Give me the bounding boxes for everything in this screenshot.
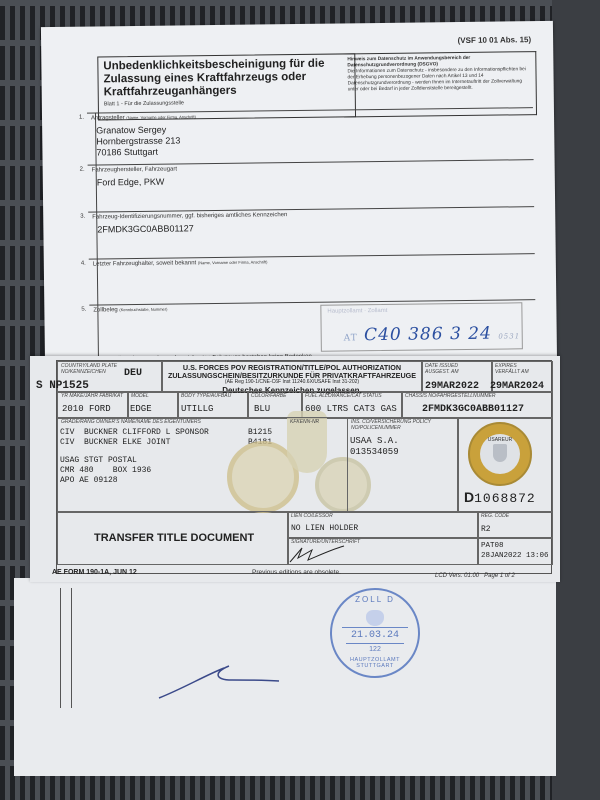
kennr-cell: KFKENN-NR [287,417,348,513]
customs-receipt-number: AT C40 386 3 24 0531 [344,323,521,345]
body-type: UTILLG [181,404,213,414]
sheet-label: Blatt 1 - Für die Zulassungsstelle [104,98,350,107]
transfer-title-label: TRANSFER TITLE DOCUMENT [94,532,254,544]
lien-cell: LIEN CO/LESSOR NO LIEN HOLDER [287,511,479,539]
signature-cell: SIGNATURE/UNTERSCHRIFT [287,537,479,565]
field-label: Fahrzeughersteller, Fahrzeugart [92,166,177,173]
address-line: USAG STGT POSTAL [60,456,209,466]
version-page: LCD Vers. 01.00 Page 1 of 2 [435,573,515,579]
date-issued-cell: DATE ISSUED AUSGEST. AM 29MAR2022 [421,361,493,393]
transfer-cell: TRANSFER TITLE DOCUMENT [57,511,289,565]
form-id: AE FORM 190-1A, JUN 12 [52,569,137,576]
customs-clearance-form: (VSF 10 01 Abs. 15) Unbedenklichkeitsbes… [41,21,557,372]
signature-scribble [288,542,348,564]
year-make: 2010 FORD [62,404,111,414]
color: BLU [254,404,270,414]
chassis-number: 2FMDK3GC0ABB01127 [422,404,524,415]
print-info: PAT08 28JAN2022 13:06 [481,541,549,561]
insurance-info: USAA S.A. 013534059 [350,436,399,458]
insurance-cell: INS. CO/VERSICHERUNG POLICY NO/POLICENUM… [347,417,459,513]
body-type-cell: BODY TYPE/AUFBAU UTILLG [177,391,249,419]
address-line: APO AE 09128 [60,476,209,486]
usareur-seal-icon: USAREUR [468,422,532,486]
model: EDGE [130,404,152,414]
country-plate-cell: COUNTRY/LAND PLATE NO/KENNZEICHEN DEU S … [57,361,163,393]
owner-row: CIV BUCKNER ELKE JOINT [60,438,209,448]
margin-lines [60,588,72,708]
address-line: CMR 480 BOX 1936 [60,466,209,476]
year-make-cell: YR MAKE/JAHR FABRIKAT 2010 FORD [57,391,129,419]
stamp-date: 21.03.24 [332,630,418,641]
field-last-owner: 4. Letzter Fahrzeughalter, soweit bekann… [89,253,536,303]
form-title: Unbedenklichkeitsbescheinigung für die Z… [103,57,349,99]
field-number: 3. [80,214,85,220]
privacy-heading: Hinweis zum Datenschutz im Anwendungsber… [347,56,470,69]
title-header: U.S. FORCES POV REGISTRATION/TITLE/POL A… [161,361,423,393]
lower-page [14,578,556,776]
eagle-icon [493,444,507,462]
reg-code: R2 [481,525,491,534]
stamp-office: HAUPTZOLLAMT STUTTGART [332,657,418,669]
document-number: D1068872 [464,489,536,506]
eagle-emblem-icon [366,610,384,626]
stamp-code: 122 [332,646,418,653]
document-number-cell: USAREUR D1068872 [457,417,553,513]
handwritten-signature [154,658,294,708]
field-label: Zollbeleg (Kennbuchstabe, Nummer) [93,307,167,314]
title-frame: COUNTRY/LAND PLATE NO/KENNZEICHEN DEU S … [56,360,552,574]
owner-row: CIV BUCKNER CLIFFORD L SPONSOR [60,428,209,438]
expires-cell: EXPIRES VERFÄLLT AM 29MAR2024 [491,361,553,393]
customs-office-stamp: ZOLL D 21.03.24 122 HAUPTZOLLAMT STUTTGA… [330,588,420,678]
field-label: Letzter Fahrzeughalter, soweit bekannt (… [93,259,268,267]
field-manufacturer: 2. Fahrzeughersteller, Fahrzeugart Ford … [88,159,535,209]
privacy-text: Die Informationen zum Datenschutz - insb… [347,67,525,92]
field-number: 5. [81,307,86,313]
print-info-cell: PAT08 28JAN2022 13:06 [477,537,553,565]
model-cell: MODEL EDGE [127,391,179,419]
obsolete-notice: Previous editions are obsolete. [252,569,341,576]
chassis-cell: CHASSIS NO/FAHRGESTELLNUMMER 2FMDK3GC0AB… [401,391,553,419]
lien-holder: NO LIEN HOLDER [291,524,358,533]
owner-list: CIV BUCKNER CLIFFORD L SPONSOR CIV BUCKN… [60,428,209,486]
reg-code-cell: REG. CODE R2 [477,511,553,539]
field-label: Antragsteller (Name, Vorname oder Firma,… [91,114,196,121]
field-vin: 3. Fahrzeug-Identifizierungsnummer, ggf.… [88,206,535,258]
vin-value: 2FMDK3GC0ABB01127 [97,223,194,235]
field-number: 4. [81,261,86,267]
customs-receipt-stamp-box: Hauptzollamt · Zollamt AT C40 386 3 24 0… [320,302,523,351]
us-forces-title-document: COUNTRY/LAND PLATE NO/KENNZEICHEN DEU S … [30,356,560,582]
field-label: Fahrzeug-Identifizierungsnummer, ggf. bi… [92,212,287,220]
form-reference: (VSF 10 01 Abs. 15) [458,35,532,45]
faint-stamp-text: Hauptzollamt · Zollamt [327,308,387,315]
manufacturer-value: Ford Edge, PKW [97,177,165,189]
field-number: 2. [80,167,85,173]
country-code: DEU [124,368,142,379]
field-applicant: 1. Antragsteller (Name, Vorname oder Fir… [87,107,534,161]
field-number: 1. [79,115,84,121]
applicant-value: Granatow Sergey Hornbergstrasse 213 7018… [96,124,180,158]
